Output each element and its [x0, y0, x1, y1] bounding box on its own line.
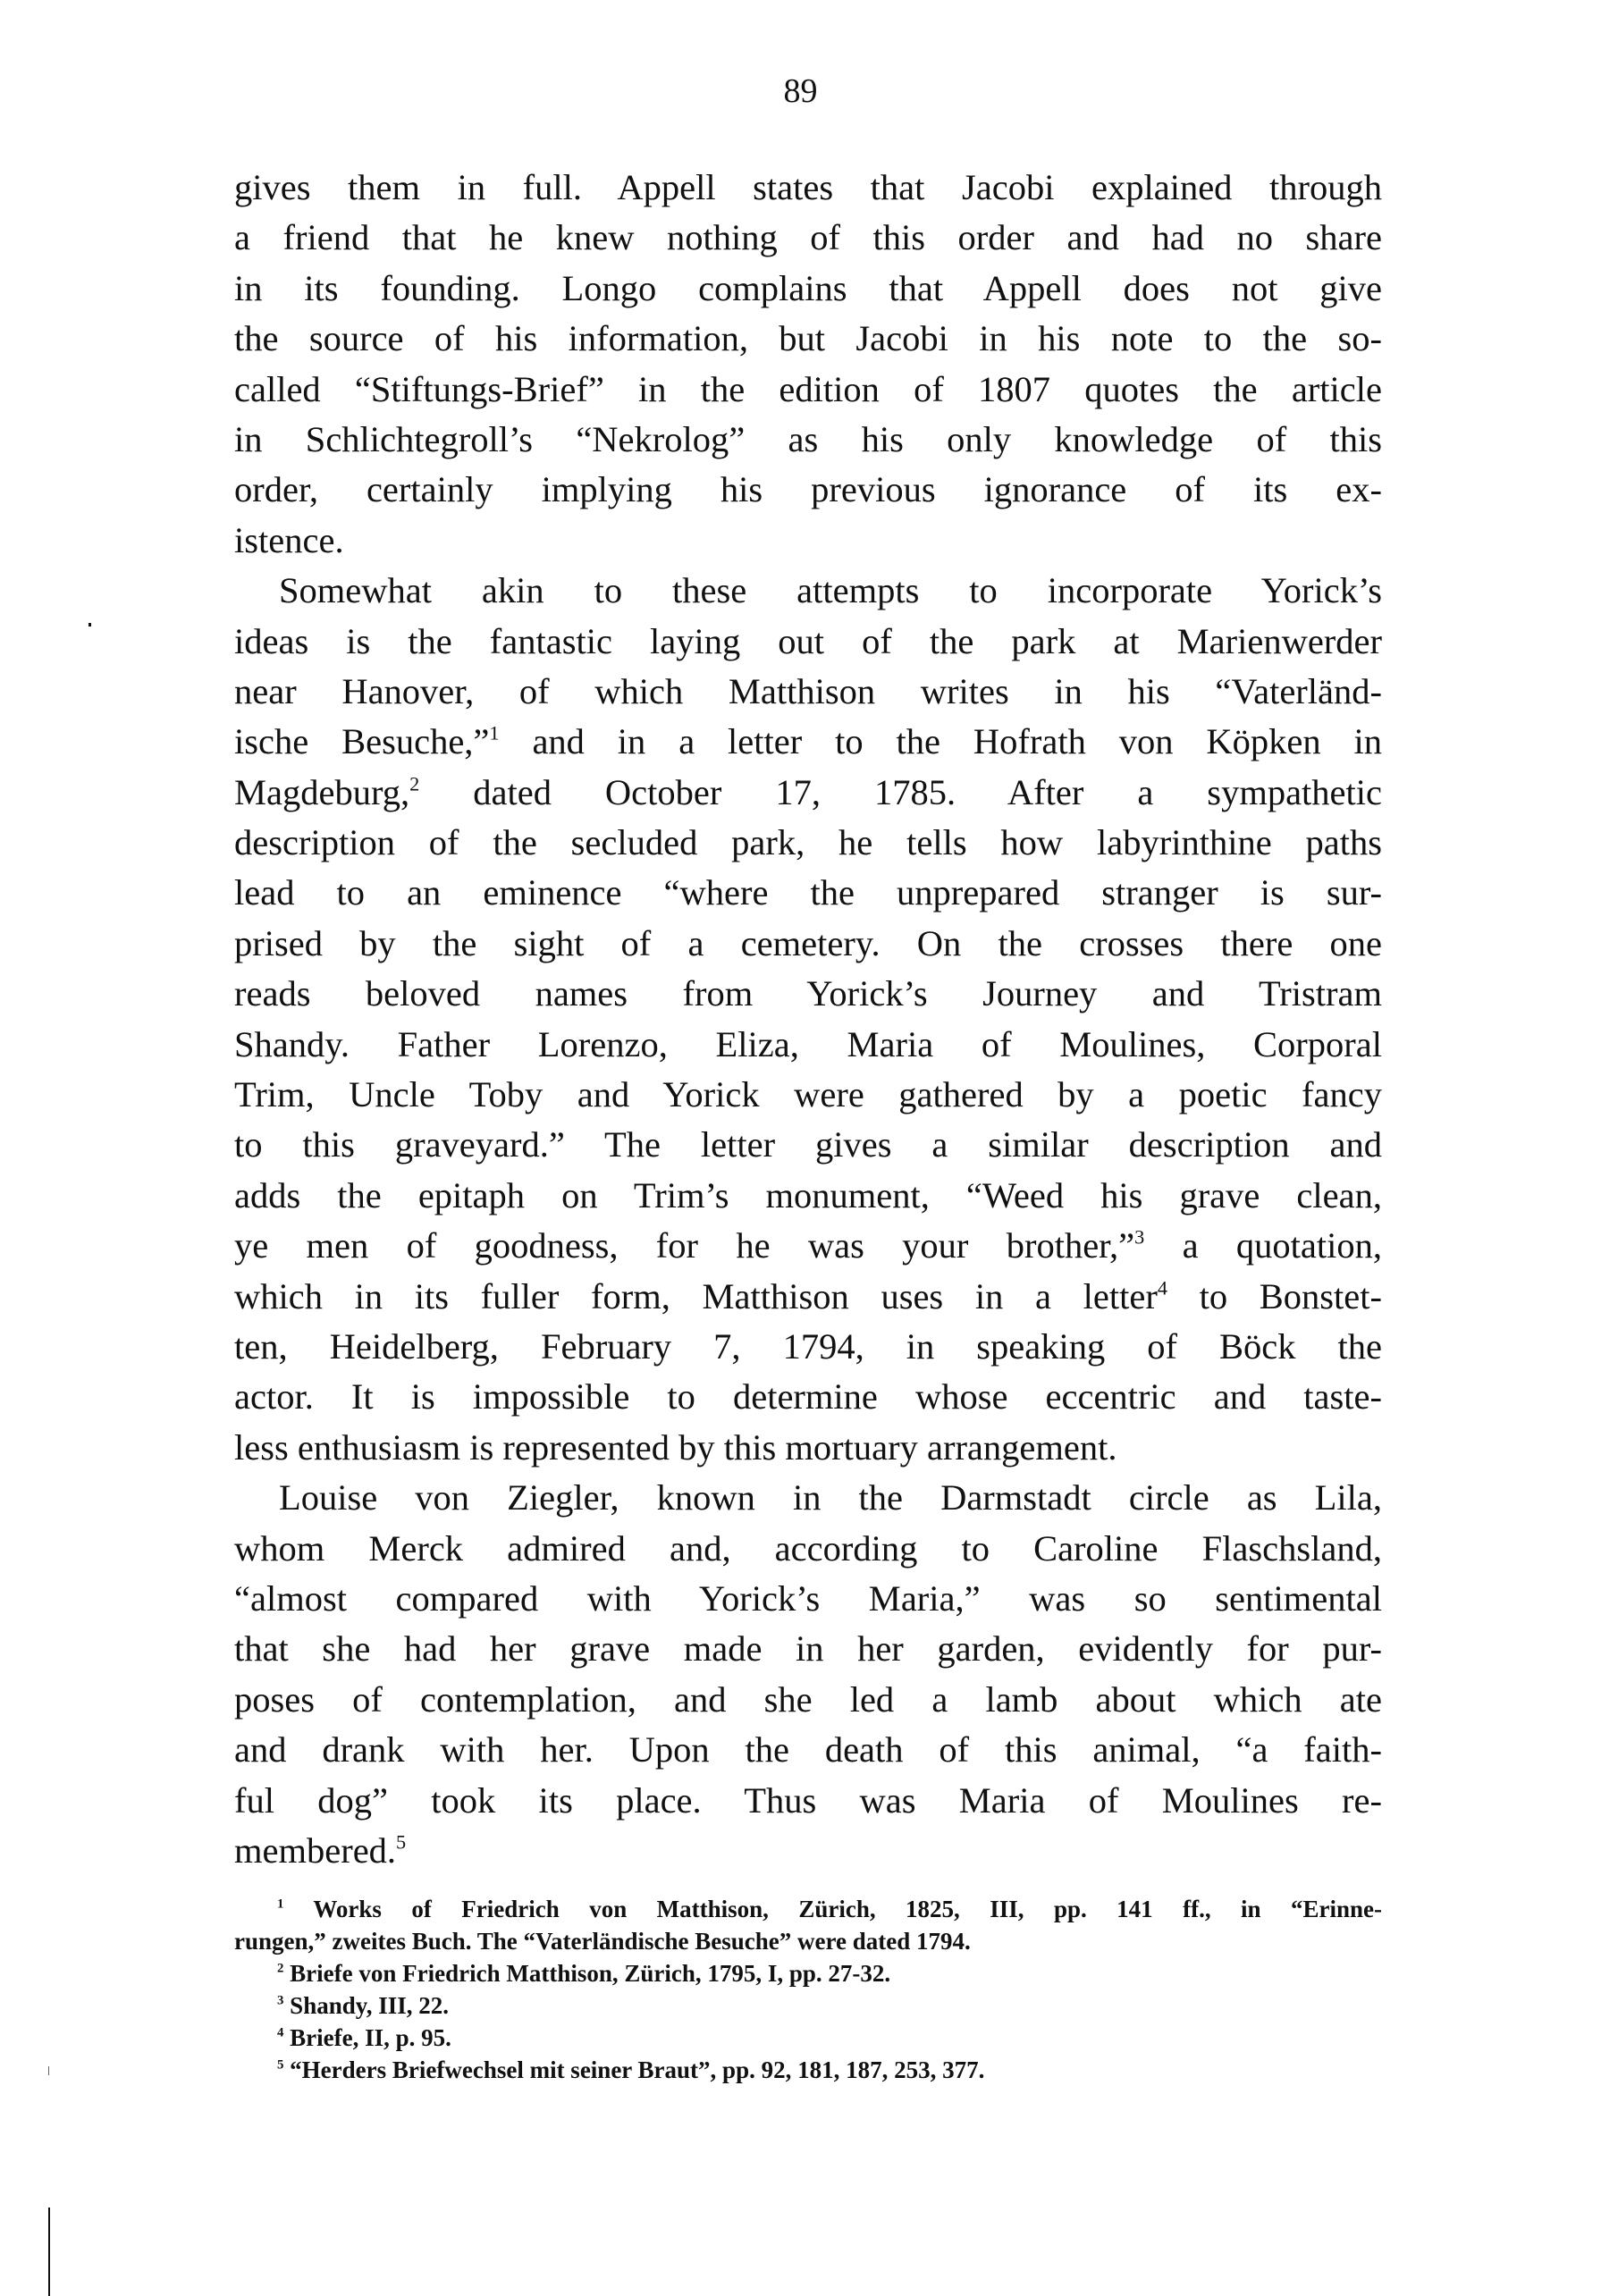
- footnote-1: 1 Works of Friedrich von Matthison, Züri…: [234, 1893, 1382, 1925]
- text-line: whom Merck admired and, according to Car…: [234, 1524, 1382, 1574]
- text-fragment: dated October 17, 1785. After a sympathe…: [473, 772, 1382, 812]
- footnote-marker: 3: [277, 1994, 283, 2008]
- text-line: ten, Heidelberg, February 7, 1794, in sp…: [234, 1322, 1382, 1372]
- text-line: ye men of goodness, for he was your brot…: [234, 1221, 1382, 1271]
- text-line: called “Stiftungs-Brief” in the edition …: [234, 365, 1382, 415]
- text-line: Louise von Ziegler, known in the Darmsta…: [234, 1473, 1382, 1523]
- scan-artifact-mark: [88, 623, 91, 627]
- footnote-4: 4 Briefe, II, p. 95.: [234, 2022, 1382, 2054]
- text-line: ische Besuche,”1 and in a letter to the …: [234, 717, 1382, 767]
- footnote-text: Briefe von Friedrich Matthison, Zürich, …: [290, 1960, 890, 1987]
- text-line: less enthusiasm is represented by this m…: [234, 1423, 1382, 1473]
- footnote-marker: 5: [277, 2058, 283, 2073]
- text-line: “almost compared with Yorick’s Maria,” w…: [234, 1574, 1382, 1624]
- text-line: actor. It is impossible to determine who…: [234, 1372, 1382, 1422]
- text-line: gives them in full. Appell states that J…: [234, 163, 1382, 213]
- page-number: 89: [0, 73, 1601, 109]
- text-line: Trim, Uncle Toby and Yorick were gathere…: [234, 1070, 1382, 1120]
- text-line: which in its fuller form, Matthison uses…: [234, 1272, 1382, 1322]
- text-fragment: and in a letter to the Hofrath von Köpke…: [532, 721, 1382, 761]
- footnote-text: Briefe, II, p. 95.: [290, 2024, 451, 2051]
- text-line: lead to an eminence “where the unprepare…: [234, 868, 1382, 918]
- text-fragment: ische Besuche,”: [234, 721, 489, 761]
- text-line: a friend that he knew nothing of this or…: [234, 213, 1382, 263]
- footnote-1-continued: rungen,” zweites Buch. The “Vaterländisc…: [234, 1925, 1382, 1957]
- footnote-3: 3 Shandy, III, 22.: [234, 1989, 1382, 2022]
- text-fragment: a quotation,: [1183, 1225, 1382, 1266]
- text-line: to this graveyard.” The letter gives a s…: [234, 1120, 1382, 1170]
- scan-artifact-binding-edge: [48, 2208, 50, 2296]
- body-text: gives them in full. Appell states that J…: [234, 163, 1382, 1876]
- text-line: in its founding. Longo complains that Ap…: [234, 264, 1382, 314]
- text-line: and drank with her. Upon the death of th…: [234, 1725, 1382, 1775]
- footnote-2: 2 Briefe von Friedrich Matthison, Zürich…: [234, 1957, 1382, 1989]
- footnote-text: Shandy, III, 22.: [290, 1992, 449, 2019]
- footnote-ref-2[interactable]: 2: [409, 772, 419, 795]
- footnote-marker: 2: [277, 1962, 283, 1976]
- text-line: ful dog” took its place. Thus was Maria …: [234, 1776, 1382, 1826]
- text-line: description of the secluded park, he tel…: [234, 818, 1382, 868]
- text-line: Somewhat akin to these attempts to incor…: [234, 566, 1382, 616]
- text-fragment: membered.: [234, 1830, 396, 1871]
- text-line: the source of his information, but Jacob…: [234, 314, 1382, 364]
- text-line: membered.5: [234, 1826, 1382, 1876]
- text-line: that she had her grave made in her garde…: [234, 1624, 1382, 1674]
- text-line: order, certainly implying his previous i…: [234, 465, 1382, 515]
- footnote-text: “Herders Briefwechsel mit seiner Braut”,…: [290, 2056, 984, 2083]
- text-line: adds the epitaph on Trim’s monument, “We…: [234, 1171, 1382, 1221]
- scan-artifact-dots: [48, 2066, 49, 2075]
- text-line: prised by the sight of a cemetery. On th…: [234, 919, 1382, 969]
- footnote-5: 5 “Herders Briefwechsel mit seiner Braut…: [234, 2054, 1382, 2086]
- footnote-ref-3[interactable]: 3: [1134, 1226, 1144, 1249]
- footnote-marker: 1: [277, 1897, 283, 1912]
- text-line: Magdeburg,2 dated October 17, 1785. Afte…: [234, 768, 1382, 818]
- text-fragment: Magdeburg,: [234, 772, 409, 812]
- footnote-ref-1[interactable]: 1: [489, 722, 499, 744]
- footnote-marker: 4: [277, 2026, 283, 2040]
- text-fragment: to Bonstet-: [1200, 1276, 1382, 1316]
- footnotes: 1 Works of Friedrich von Matthison, Züri…: [234, 1893, 1382, 2086]
- text-line: ideas is the fantastic laying out of the…: [234, 617, 1382, 667]
- text-line: near Hanover, of which Matthison writes …: [234, 667, 1382, 717]
- footnote-ref-5[interactable]: 5: [396, 1830, 406, 1853]
- footnote-text: Works of Friedrich von Matthison, Zürich…: [313, 1896, 1382, 1922]
- text-line: in Schlichtegroll’s “Nekrolog” as his on…: [234, 415, 1382, 465]
- text-line: poses of contemplation, and she led a la…: [234, 1675, 1382, 1725]
- text-line: reads beloved names from Yorick’s Journe…: [234, 969, 1382, 1019]
- text-line: Shandy. Father Lorenzo, Eliza, Maria of …: [234, 1020, 1382, 1070]
- text-fragment: which in its fuller form, Matthison uses…: [234, 1276, 1158, 1316]
- text-fragment: ye men of goodness, for he was your brot…: [234, 1225, 1134, 1266]
- text-line: istence.: [234, 516, 1382, 566]
- footnote-ref-4[interactable]: 4: [1158, 1276, 1167, 1299]
